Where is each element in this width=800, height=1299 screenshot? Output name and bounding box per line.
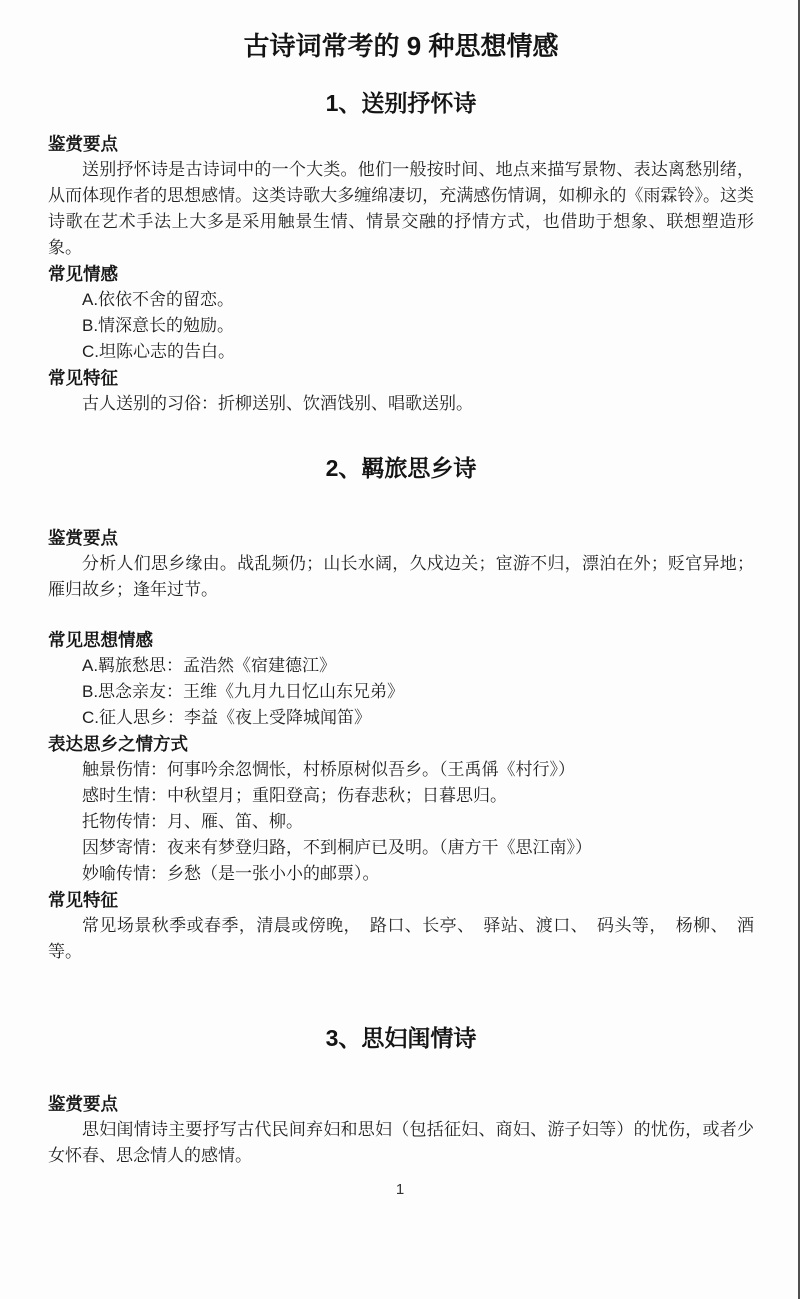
subheading: 常见特征: [48, 887, 754, 913]
list-item: 古人送别的习俗：折柳送别、饮酒饯别、唱歌送别。: [48, 391, 754, 417]
page-number: 1: [0, 1181, 800, 1198]
paragraph: 常见场景秋季或春季，清晨或傍晚， 路口、长亭、 驿站、渡口、 码头等， 杨柳、 …: [48, 913, 754, 965]
list-item: B.情深意长的勉励。: [48, 313, 754, 339]
document-title: 古诗词常考的 9 种思想情感: [48, 0, 754, 62]
list-item: A.依依不舍的留恋。: [48, 287, 754, 313]
list-item: 因梦寄情：夜来有梦登归路，不到桐庐已及明。（唐方干《思江南》）: [48, 835, 754, 861]
subheading: 表达思乡之情方式: [48, 731, 754, 757]
section-heading: 1、送别抒怀诗: [48, 88, 754, 118]
section-1: 1、送别抒怀诗鉴赏要点送别抒怀诗是古诗词中的一个大类。他们一般按时间、地点来描写…: [48, 88, 754, 417]
paragraph: 送别抒怀诗是古诗词中的一个大类。他们一般按时间、地点来描写景物、表达离愁别绪，从…: [48, 157, 754, 261]
list-item: A.羁旅愁思：孟浩然《宿建德江》: [48, 653, 754, 679]
list-item: B.思念亲友：王维《九月九日忆山东兄弟》: [48, 679, 754, 705]
list-item: 感时生情：中秋望月；重阳登高；伤春悲秋；日暮思归。: [48, 783, 754, 809]
paragraph: 思妇闺情诗主要抒写古代民间弃妇和思妇（包括征妇、商妇、游子妇等）的忧伤，或者少女…: [48, 1117, 754, 1169]
list-item: 托物传情：月、雁、笛、柳。: [48, 809, 754, 835]
subheading: 常见情感: [48, 261, 754, 287]
subheading: 常见特征: [48, 365, 754, 391]
list-item: 触景伤情：何事吟余忽惆怅，村桥原树似吾乡。（王禹偁《村行》）: [48, 757, 754, 783]
list-item: C.坦陈心志的告白。: [48, 339, 754, 365]
list-item: C.征人思乡：李益《夜上受降城闻笛》: [48, 705, 754, 731]
document-content: 古诗词常考的 9 种思想情感 1、送别抒怀诗鉴赏要点送别抒怀诗是古诗词中的一个大…: [0, 0, 800, 1169]
subheading: 常见思想情感: [48, 627, 754, 653]
list-item: 妙喻传情：乡愁（是一张小小的邮票）。: [48, 861, 754, 887]
section-heading: 3、思妇闺情诗: [48, 1023, 754, 1053]
subheading: 鉴赏要点: [48, 525, 754, 551]
section-2: 2、羁旅思乡诗鉴赏要点分析人们思乡缘由。战乱频仍；山长水阔，久戍边关；宦游不归，…: [48, 453, 754, 965]
document-page: 古诗词常考的 9 种思想情感 1、送别抒怀诗鉴赏要点送别抒怀诗是古诗词中的一个大…: [0, 0, 800, 1299]
subheading: 鉴赏要点: [48, 131, 754, 157]
paragraph: 分析人们思乡缘由。战乱频仍；山长水阔，久戍边关；宦游不归，漂泊在外；贬官异地；雁…: [48, 551, 754, 603]
section-3: 3、思妇闺情诗鉴赏要点思妇闺情诗主要抒写古代民间弃妇和思妇（包括征妇、商妇、游子…: [48, 1023, 754, 1169]
subheading: 鉴赏要点: [48, 1091, 754, 1117]
section-heading: 2、羁旅思乡诗: [48, 453, 754, 483]
document-body: 1、送别抒怀诗鉴赏要点送别抒怀诗是古诗词中的一个大类。他们一般按时间、地点来描写…: [48, 88, 754, 1169]
